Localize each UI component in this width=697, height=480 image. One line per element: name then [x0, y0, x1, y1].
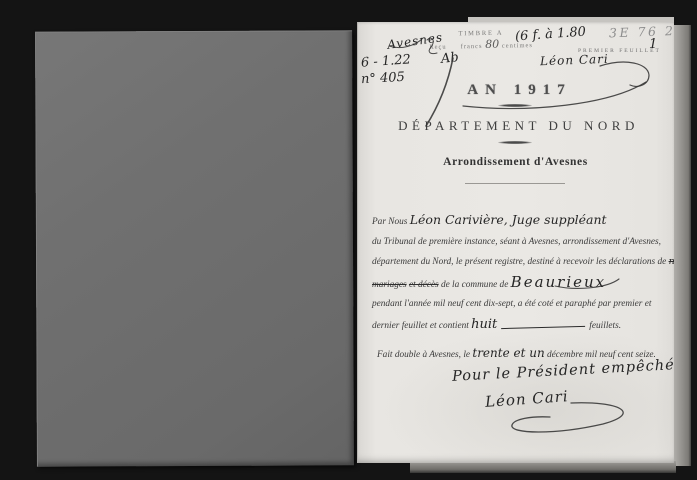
arrondissement-heading: Arrondissement d'Avesnes: [357, 156, 674, 168]
signature-bottom: Léon Cari: [484, 387, 569, 411]
struck-word-mariages: mariages: [372, 280, 407, 290]
printed-intro: Par Nous: [372, 217, 407, 227]
handwritten-date-note: 6 - 1.22: [361, 52, 412, 70]
struck-word-deces: et décès: [409, 280, 439, 290]
printed-line5: pendant l'année mil neuf cent dix-sept, …: [372, 299, 651, 309]
paragraph-line-6: dernier feuillet et contient huitfeuille…: [372, 315, 666, 337]
judge-paraph: Ab: [440, 50, 459, 67]
header-rule: [465, 183, 565, 184]
stamp-amount-handwritten: 80: [485, 38, 499, 51]
page-edge-right: [673, 25, 691, 466]
paragraph-line-3: département du Nord, le présent registre…: [372, 252, 666, 273]
ornamental-rule: [498, 104, 532, 107]
handwritten-pour-le-president: Pour le Président empêché: [452, 357, 674, 385]
printed-fait-start: Fait double à Avesnes, le: [377, 350, 470, 360]
paragraph-line-2: du Tribunal de première instance, séant …: [372, 233, 666, 253]
printed-line3: département du Nord, le présent registre…: [372, 257, 666, 267]
department-heading: DÉPARTEMENT DU NORD: [357, 118, 674, 134]
handwritten-judge-name: Léon Carivière, Juge suppléant: [410, 212, 607, 227]
paragraph-line-1: Par Nous Léon Carivière, Juge suppléant: [372, 210, 666, 233]
struck-word-naissances: naissances: [669, 256, 674, 267]
printed-line2: du Tribunal de première instance, séant …: [372, 237, 661, 247]
year-title: AN 1917: [357, 82, 674, 99]
ornamental-rule: [498, 141, 532, 144]
folio-number: 1: [649, 37, 657, 52]
fill-in-dash: [501, 317, 585, 329]
paragraph-line-4: mariages et décès de la commune de Beaur…: [372, 273, 666, 296]
left-cover-page: [35, 30, 354, 466]
register-first-leaf: Avesnes 6 - 1.22 n° 405 TIMBRE A Reçufra…: [357, 22, 674, 463]
printed-line6-start: dernier feuillet et contient: [372, 321, 469, 331]
handwritten-commune-name: Beaurieux: [511, 273, 606, 291]
handwritten-sheet-count: huit: [471, 317, 497, 332]
handwritten-date: trente et un: [472, 346, 544, 360]
register-declaration-paragraph: Par Nous Léon Carivière, Juge suppléant …: [372, 210, 666, 337]
closing-date-line: Fait double à Avesnes, le trente et un d…: [377, 346, 656, 360]
paragraph-line-5: pendant l'année mil neuf cent dix-sept, …: [372, 295, 666, 315]
stamp-recu: Reçu: [429, 44, 446, 51]
handwritten-fee-note: (6 f. à 1.80: [515, 25, 587, 45]
archival-reference-pencil: 3E 76 29: [609, 23, 674, 41]
scanned-register-spread: Avesnes 6 - 1.22 n° 405 TIMBRE A Reçufra…: [0, 0, 697, 480]
signature-top: Léon Cari: [540, 52, 609, 68]
printed-line6-end: feuillets.: [589, 321, 621, 331]
stamp-francs: francs: [461, 43, 483, 50]
printed-commune-label: de la commune de: [441, 280, 508, 290]
